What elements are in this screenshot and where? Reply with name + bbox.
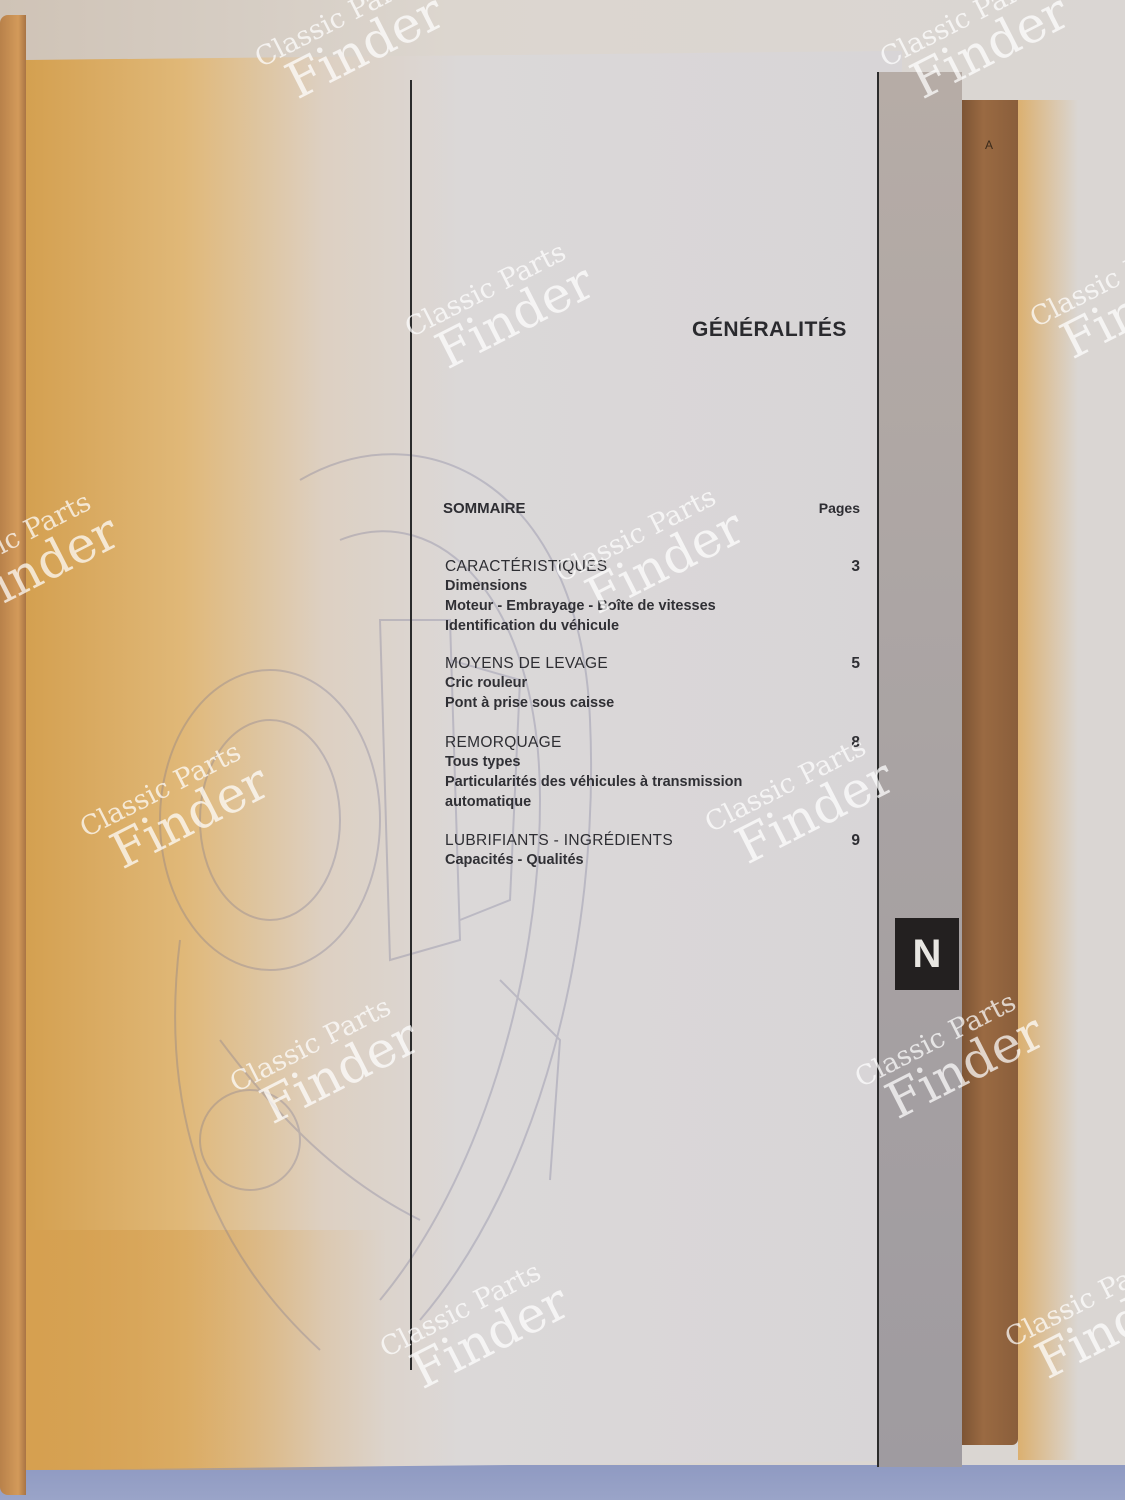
section-page: 5 [851,655,860,673]
section-item: Cric rouleur [445,673,860,693]
toc-section: LUBRIFIANTS - INGRÉDIENTS 9 Capacités - … [445,832,860,870]
toc-header: SOMMAIRE Pages [443,500,860,517]
section-page: 9 [851,832,860,850]
section-item: Moteur - Embrayage - Boîte de vitesses [445,596,860,616]
toc-section: MOYENS DE LEVAGE 5 Cric rouleur Pont à p… [445,655,860,713]
section-item: Pont à prise sous caisse [445,693,860,713]
page-title: GÉNÉRALITÉS [692,318,847,342]
table-shadow [0,1465,1125,1500]
section-name: MOYENS DE LEVAGE [445,655,608,673]
section-item: Capacités - Qualités [445,850,860,870]
section-item: Dimensions [445,576,860,596]
section-page: 8 [851,734,860,752]
section-name: LUBRIFIANTS - INGRÉDIENTS [445,832,673,850]
index-tab[interactable]: N [895,918,959,990]
section-item: Identification du véhicule [445,616,860,636]
binder-edge [0,15,26,1495]
board-letter: A [985,138,993,152]
index-tab-letter: N [913,932,942,977]
board-glow [1018,100,1078,1460]
section-name: REMORQUAGE [445,734,562,752]
index-strip [877,72,962,1467]
toc-section: CARACTÉRISTIQUES 3 Dimensions Moteur - E… [445,558,860,636]
section-name: CARACTÉRISTIQUES [445,558,607,576]
section-page: 3 [851,558,860,576]
toc-section: REMORQUAGE 8 Tous types Particularités d… [445,734,860,812]
binder-back-board [960,100,1018,1445]
toc-heading: SOMMAIRE [443,500,526,517]
pages-heading: Pages [819,500,860,517]
left-rule [410,80,412,1370]
section-item: automatique [445,792,860,812]
section-item: Tous types [445,752,860,772]
section-item: Particularités des véhicules à transmiss… [445,772,860,792]
